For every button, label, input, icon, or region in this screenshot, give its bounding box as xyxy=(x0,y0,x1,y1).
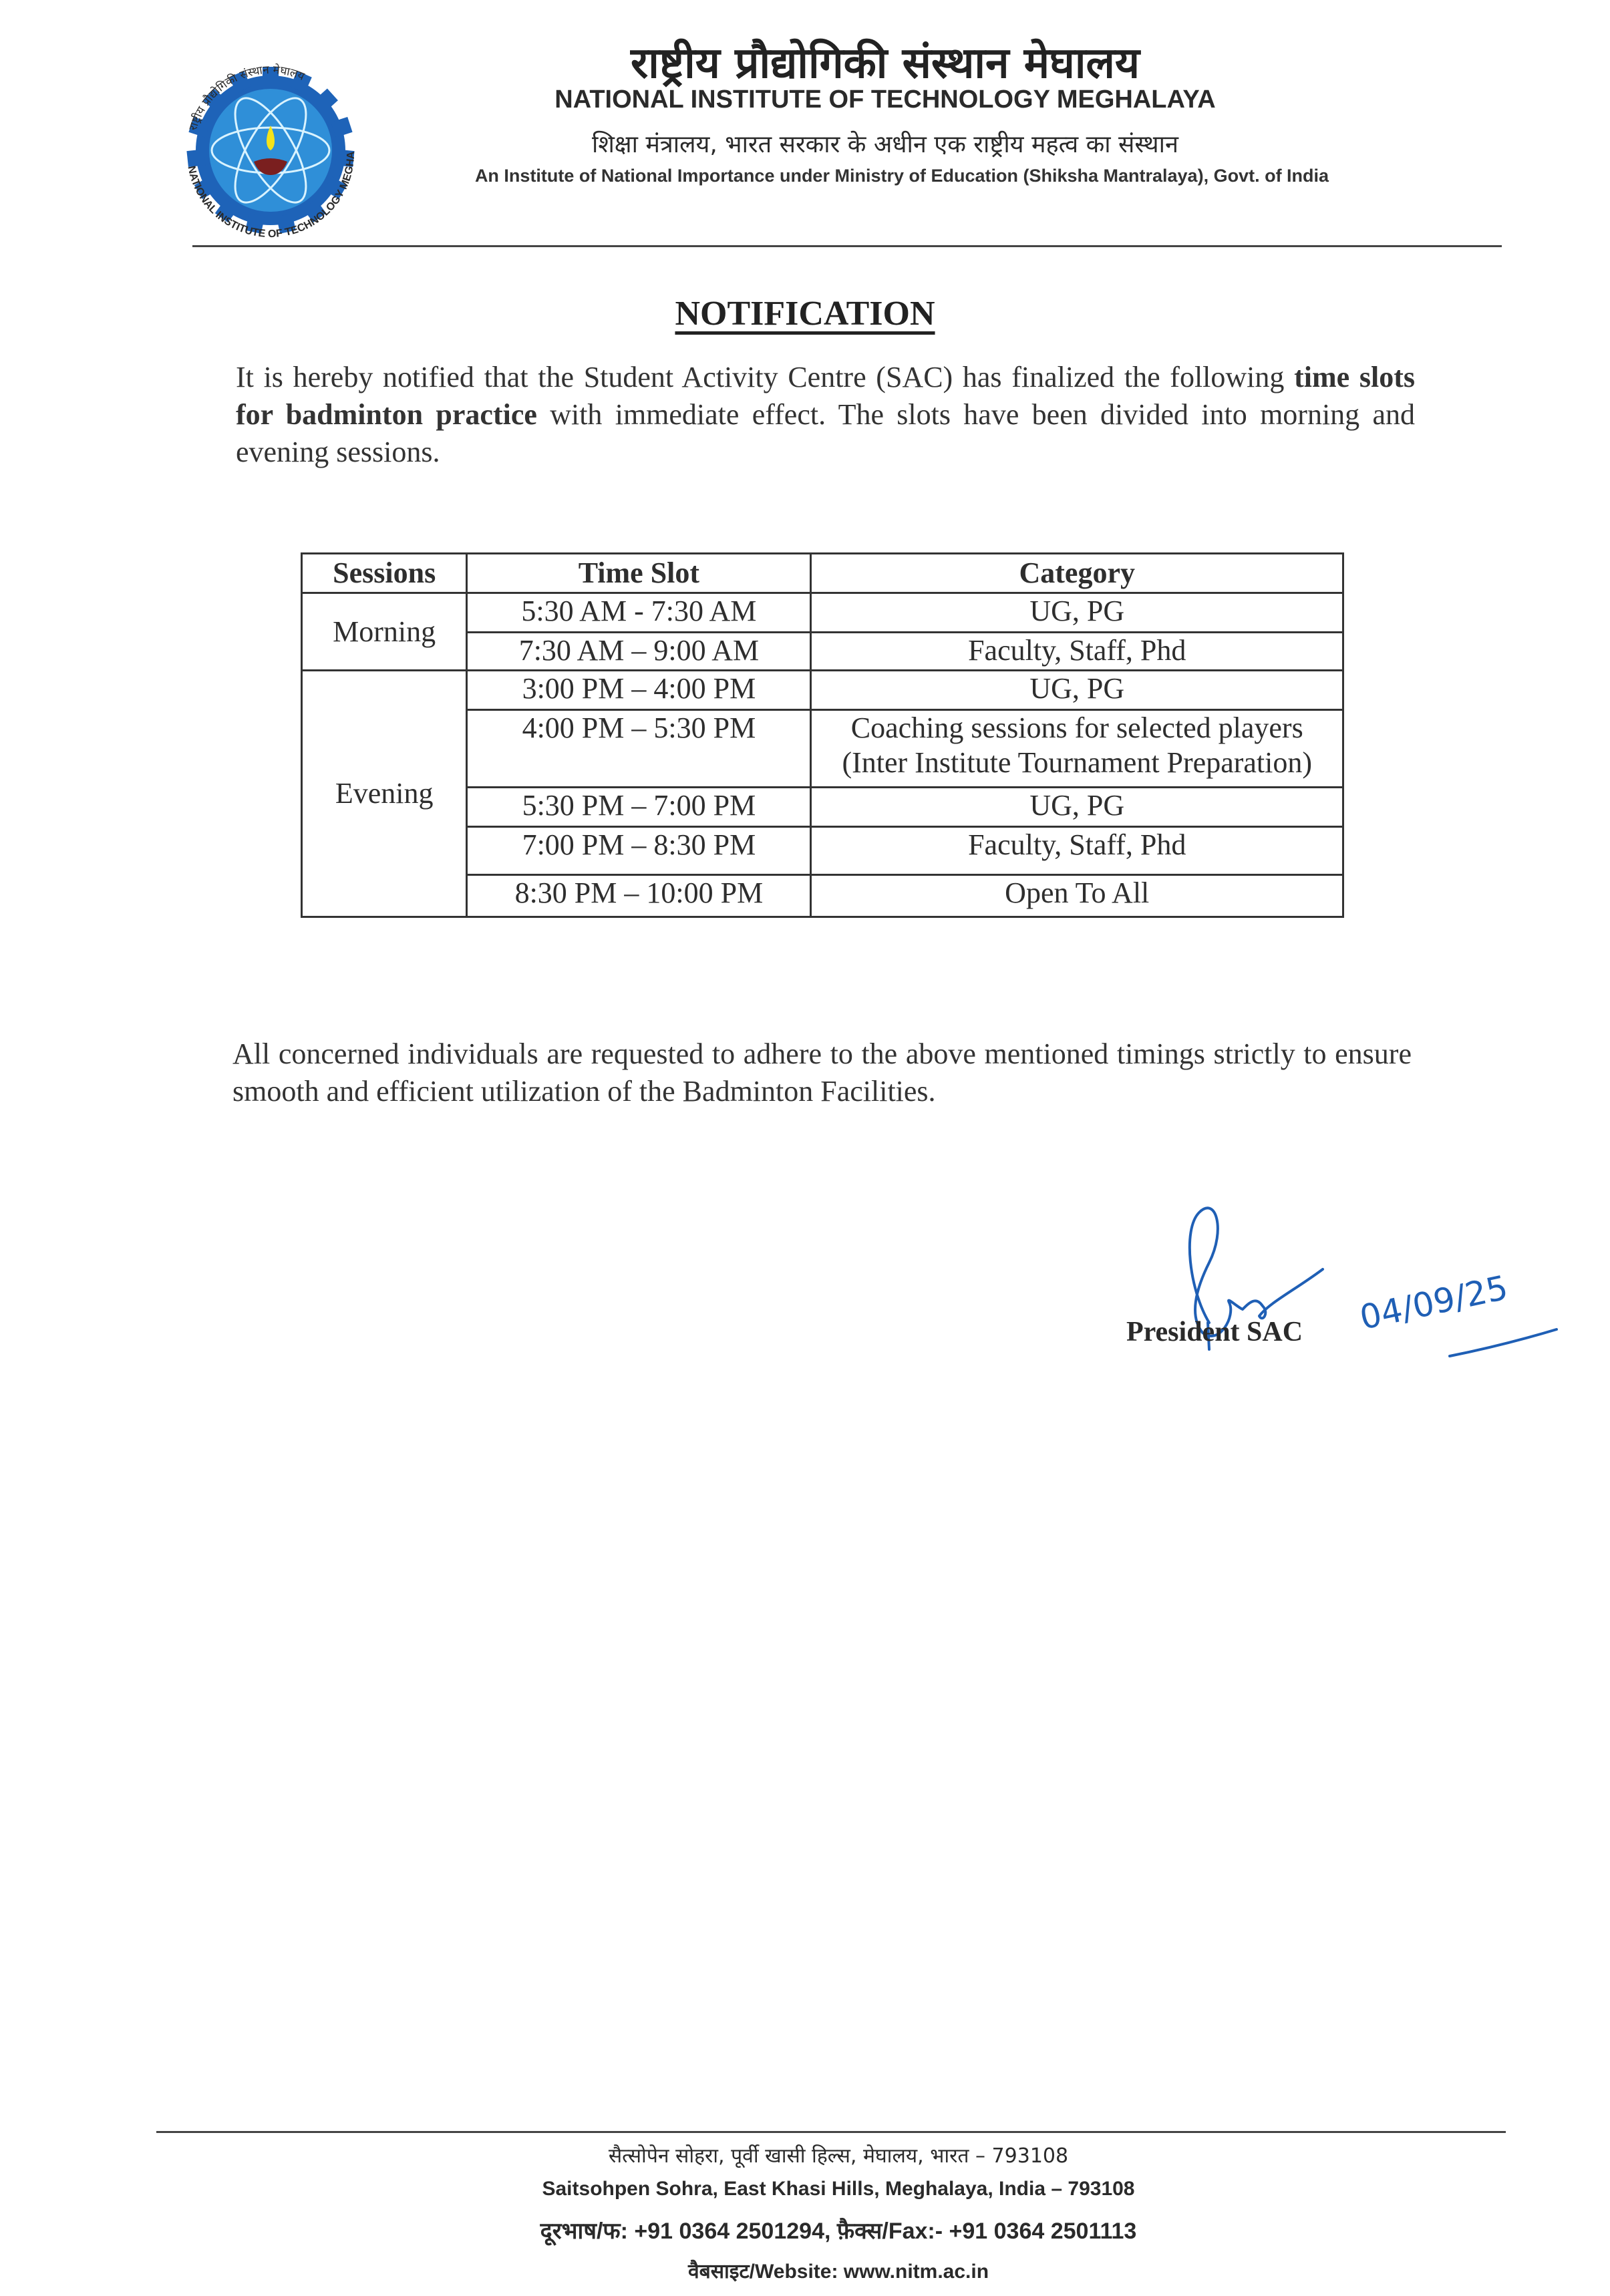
notification-title: NOTIFICATION xyxy=(0,294,1610,333)
category: UG, PG xyxy=(811,788,1343,827)
footer-address-english: Saitsohpen Sohra, East Khasi Hills, Megh… xyxy=(0,2178,1610,2200)
header-divider xyxy=(192,245,1502,247)
header-category: Category xyxy=(811,554,1343,593)
footer-website[interactable]: वैबसाइट/Website: www.nitm.ac.in xyxy=(0,2257,1610,2284)
header-time-slot: Time Slot xyxy=(467,554,811,593)
table-row: Morning 5:30 AM - 7:30 AM UG, PG xyxy=(302,593,1343,633)
time-slot: 4:00 PM – 5:30 PM xyxy=(467,710,811,788)
table-header-row: Sessions Time Slot Category xyxy=(302,554,1343,593)
intro-text: It is hereby notified that the Student A… xyxy=(236,361,1294,393)
session-evening: Evening xyxy=(302,671,467,917)
table-row: Evening 3:00 PM – 4:00 PM UG, PG xyxy=(302,671,1343,710)
institute-name-english: NATIONAL INSTITUTE OF TECHNOLOGY MEGHALA… xyxy=(0,86,1610,114)
time-slot: 5:30 AM - 7:30 AM xyxy=(467,593,811,633)
time-slot: 7:30 AM – 9:00 AM xyxy=(467,633,811,671)
institute-subtitle-hindi: शिक्षा मंत्रालय, भारत सरकार के अधीन एक र… xyxy=(0,127,1610,160)
time-slot: 5:30 PM – 7:00 PM xyxy=(467,788,811,827)
notification-title-text: NOTIFICATION xyxy=(675,295,935,333)
category: Open To All xyxy=(811,875,1343,917)
category: Coaching sessions for selected players (… xyxy=(811,710,1343,788)
category: UG, PG xyxy=(811,593,1343,633)
session-morning: Morning xyxy=(302,593,467,671)
intro-paragraph: It is hereby notified that the Student A… xyxy=(236,359,1415,471)
time-slot: 7:00 PM – 8:30 PM xyxy=(467,827,811,875)
signature-date: 04/09/25 xyxy=(1356,1268,1511,1337)
category: Faculty, Staff, Phd xyxy=(811,827,1343,875)
institute-name-hindi: राष्ट्रीय प्रौद्योगिकी संस्थान मेघालय xyxy=(0,32,1610,90)
category: Faculty, Staff, Phd xyxy=(811,633,1343,671)
time-slot: 3:00 PM – 4:00 PM xyxy=(467,671,811,710)
category: UG, PG xyxy=(811,671,1343,710)
header-sessions: Sessions xyxy=(302,554,467,593)
signatory-title: President SAC xyxy=(1126,1316,1303,1348)
institute-subtitle-english: An Institute of National Importance unde… xyxy=(0,166,1610,186)
footer-divider xyxy=(156,2131,1506,2133)
time-slot: 8:30 PM – 10:00 PM xyxy=(467,875,811,917)
footer-address-hindi: सैत्सोपेन सोहरा, पूर्वी खासी हिल्स, मेघा… xyxy=(0,2141,1610,2168)
closing-paragraph: All concerned individuals are requested … xyxy=(232,1035,1412,1110)
footer-phone-fax: दूरभाष/फ: +91 0364 2501294, फ़ैक्स/Fax:-… xyxy=(0,2215,1610,2245)
schedule-table: Sessions Time Slot Category Morning 5:30… xyxy=(301,552,1344,918)
